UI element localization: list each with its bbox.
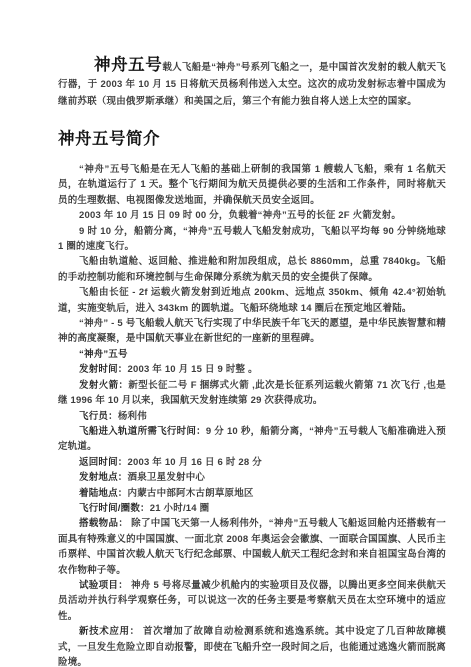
paragraph: 2003 年 10 月 15 日 09 时 00 分，负载着“神舟”五号的长征 … bbox=[58, 208, 446, 223]
paragraph: 新技术应用： 首次增加了故障自动检测系统和逃逸系统。其中设定了几百种故障模式，一… bbox=[58, 624, 446, 667]
field-label: 飞行员： bbox=[79, 411, 118, 422]
paragraph: 搭载物品： 除了中国飞天第一人杨利伟外，“神舟”五号载人飞船返回舱内还搭载有一面… bbox=[58, 516, 446, 578]
paragraph: 试验项目： 神舟 5 号将尽量减少机舱内的实验项目及仪器，以腾出更多空间来供航天… bbox=[58, 578, 446, 624]
paragraph: “神舟” - 5 号飞船载人航天飞行实现了中华民族千年飞天的愿望，是中华民族智慧… bbox=[58, 316, 446, 347]
field-text: 21 小时/14 圈 bbox=[150, 503, 210, 514]
paragraph: 飞船由轨道舱、返回舱、推进舱和附加段组成，总长 8860mm，总重 7840kg… bbox=[58, 254, 446, 285]
paragraph: “神舟”五号飞船是在无人飞船的基础上研制的我国第 1 艘载人飞船，乘有 1 名航… bbox=[58, 162, 446, 208]
field-text: “神舟”五号飞船是在无人飞船的基础上研制的我国第 1 艘载人飞船，乘有 1 名航… bbox=[58, 164, 446, 206]
paragraph: 飞行时间/圈数：21 小时/14 圈 bbox=[58, 501, 446, 516]
field-label: 新技术应用： bbox=[79, 626, 140, 637]
paragraph: “神舟”五号 bbox=[58, 347, 446, 362]
field-text: “神舟” - 5 号飞船载人航天飞行实现了中华民族千年飞天的愿望，是中华民族智慧… bbox=[58, 318, 446, 344]
field-label: “神舟”五号 bbox=[79, 349, 128, 360]
field-label: 返回时间： bbox=[79, 457, 128, 468]
field-label: 发射时间： bbox=[79, 364, 128, 375]
paragraph: 发射火箭：新型长征二号 F 捆绑式火箭 ,此次是长征系列运载火箭第 71 次飞行… bbox=[58, 378, 446, 409]
field-label: 着陆地点： bbox=[79, 488, 128, 499]
paragraph: 9 时 10 分，船箭分离，“神舟”五号载人飞船发射成功，飞船以平均每 90 分… bbox=[58, 224, 446, 255]
field-label: 飞船进入轨道所需飞行时间： bbox=[79, 426, 206, 437]
field-text: 2003 年 10 月 16 日 6 时 28 分 bbox=[128, 457, 262, 468]
field-text: 9 时 10 分，船箭分离，“神舟”五号载人飞船发射成功，飞船以平均每 90 分… bbox=[58, 226, 446, 252]
field-text: 内蒙古中部阿木古朗草原地区 bbox=[128, 488, 254, 499]
intro-paragraph: 神舟五号载人飞船是“神舟”号系列飞船之一，是中国首次发射的载人航天飞行器，于 2… bbox=[58, 57, 446, 110]
field-label: 飞行时间/圈数： bbox=[79, 503, 150, 514]
paragraph: 飞船进入轨道所需飞行时间：9 分 10 秒，船箭分离，“神舟”五号载人飞船准确进… bbox=[58, 424, 446, 455]
field-text: 飞船由长征 - 2f 运载火箭发射到近地点 200km、远地点 350km、倾角… bbox=[58, 287, 446, 313]
field-label: 发射地点： bbox=[79, 472, 128, 483]
field-text: 2003 年 10 月 15 日 09 时 00 分，负载着“神舟”五号的长征 … bbox=[79, 210, 401, 221]
field-text: 2003 年 10 月 15 日 9 时整 。 bbox=[128, 364, 258, 375]
paragraph: 发射地点：酒泉卫星发射中心 bbox=[58, 470, 446, 485]
paragraph: 着陆地点：内蒙古中部阿木古朗草原地区 bbox=[58, 486, 446, 501]
field-text: 酒泉卫星发射中心 bbox=[128, 472, 206, 483]
article-title: 神舟五号 bbox=[94, 56, 162, 74]
document-page: 神舟五号载人飞船是“神舟”号系列飞船之一，是中国首次发射的载人航天飞行器，于 2… bbox=[0, 0, 471, 667]
field-label: 试验项目： bbox=[79, 580, 128, 591]
paragraph: 飞船由长征 - 2f 运载火箭发射到近地点 200km、远地点 350km、倾角… bbox=[58, 285, 446, 316]
paragraph: 返回时间：2003 年 10 月 16 日 6 时 28 分 bbox=[58, 455, 446, 470]
field-text: 杨利伟 bbox=[118, 411, 147, 422]
paragraph: 飞行员：杨利伟 bbox=[58, 409, 446, 424]
field-text: 飞船由轨道舱、返回舱、推进舱和附加段组成，总长 8860mm，总重 7840kg… bbox=[58, 256, 446, 282]
section-heading: 神舟五号简介 bbox=[58, 125, 446, 149]
field-label: 搭载物品： bbox=[79, 518, 128, 529]
paragraph: 发射时间：2003 年 10 月 15 日 9 时整 。 bbox=[58, 362, 446, 377]
field-label: 发射火箭： bbox=[79, 380, 128, 391]
